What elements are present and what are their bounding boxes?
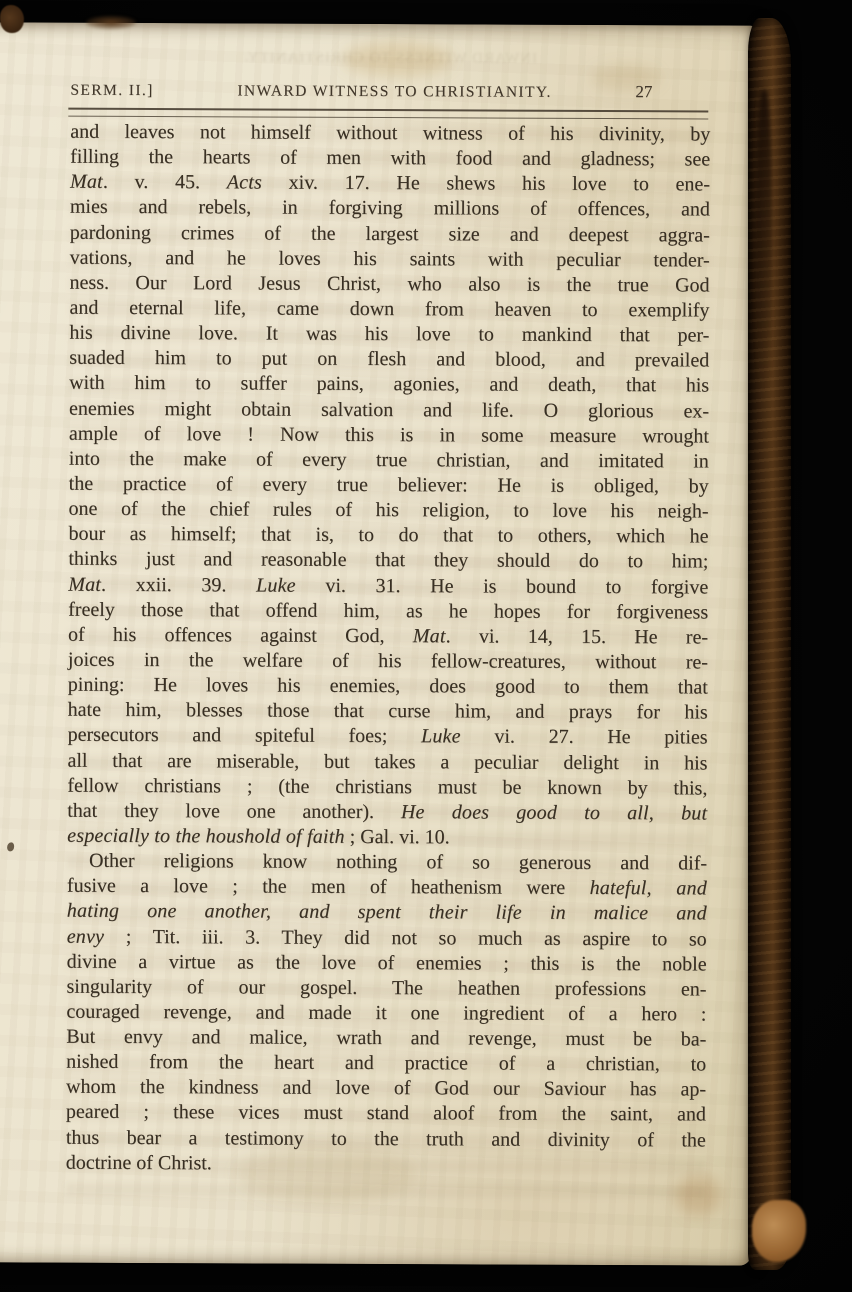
text-line: one of the chief rules of his religion, … [69,497,709,525]
book-page: INWARD WITNESS TO CHRISTIANITY. SERM. II… [0,22,757,1265]
text-line: vations, and he loves his saints with pe… [70,245,710,273]
text-line: Mat. xxii. 39. Luke vi. 31. He is bound … [68,572,708,600]
scanned-book-photo: INWARD WITNESS TO CHRISTIANITY. SERM. II… [0,0,852,1292]
binding-debris [0,5,24,33]
paper-stain [676,1175,722,1215]
verso-header-showthrough: INWARD WITNESS TO CHRISTIANITY. [71,49,711,69]
text-line: couraged revenge, and made it one ingred… [66,1000,706,1028]
text-line: all that are miserable, but takes a pecu… [67,748,707,776]
running-title: INWARD WITNESS TO CHRISTIANITY. [154,82,636,102]
paper-stain [342,42,452,76]
text-line: the practice of every true believer: He … [69,472,709,500]
text-line: whom the kindness and love of God our Sa… [66,1075,706,1103]
text-line: persecutors and spiteful foes; Luke vi. … [68,723,708,751]
text-line: Other religions know nothing of so gener… [67,849,707,877]
paragraph: and leaves not himself without witness o… [67,120,710,852]
text-line: of his offences against God, Mat. vi. 14… [68,622,708,650]
text-line: fellow christians ; (the christians must… [67,773,707,801]
worn-leather-patch [752,1200,806,1262]
text-line: doctrine of Christ. [66,1150,706,1178]
text-line: divine a virtue as the love of enemies ;… [67,949,707,977]
text-line: joices in the welfare of his fellow-crea… [68,648,708,676]
page-number: 27 [635,82,710,102]
text-line: enemies might obtain salvation and life.… [69,396,709,424]
ink-speck [7,842,14,851]
text-line: his divine love. It was his love to mank… [69,321,709,349]
text-line: especially to the houshold of faith ; Ga… [67,824,707,852]
text-line: with him to suffer pains, agonies, and d… [69,371,709,399]
text-line: mies and rebels, in forgiving millions o… [70,195,710,223]
double-rule-divider [68,108,708,120]
text-line: hate him, blesses those that curse him, … [68,698,708,726]
running-header: SERM. II.] INWARD WITNESS TO CHRISTIANIT… [70,80,710,103]
text-line: pining: He loves his enemies, does good … [68,673,708,701]
text-line: and leaves not himself without witness o… [70,120,710,148]
text-line: pardoning crimes of the largest size and… [70,220,710,248]
text-line: freely those that offend him, as he hope… [68,597,708,625]
text-line: bour as himself; that is, to do that to … [68,522,708,550]
text-line: ample of love ! Now this is in some meas… [69,421,709,449]
text-line: Mat. v. 45. Acts xiv. 17. He shews his l… [70,170,710,198]
text-line: fusive a love ; the men of heathenism we… [67,874,707,902]
text-line: peared ; these vices must stand aloof fr… [66,1100,706,1128]
body-text: and leaves not himself without witness o… [66,120,711,1179]
text-line: thinks just and reasonable that they sho… [68,547,708,575]
text-line: singularity of our gospel. The heathen p… [66,974,706,1002]
text-line: that they love one another). He does goo… [67,798,707,826]
text-line: envy ; Tit. iii. 3. They did not so much… [67,924,707,952]
binding-debris [86,16,136,29]
text-line: But envy and malice, wrath and revenge, … [66,1025,706,1053]
paragraph: Other religions know nothing of so gener… [66,849,707,1179]
sermon-number-label: SERM. II.] [70,82,153,100]
text-line: hating one another, and spent their life… [67,899,707,927]
text-line: nished from the heart and practice of a … [66,1050,706,1078]
text-line: thus bear a testimony to the truth and d… [66,1125,706,1153]
text-line: into the make of every true christian, a… [69,447,709,475]
text-line: filling the hearts of men with food and … [70,145,710,173]
spine-shadow [756,90,772,390]
text-line: suaded him to put on flesh and blood, an… [69,346,709,374]
text-line: ness. Our Lord Jesus Christ, who also is… [70,271,710,299]
text-line: and eternal life, came down from heaven … [69,296,709,324]
